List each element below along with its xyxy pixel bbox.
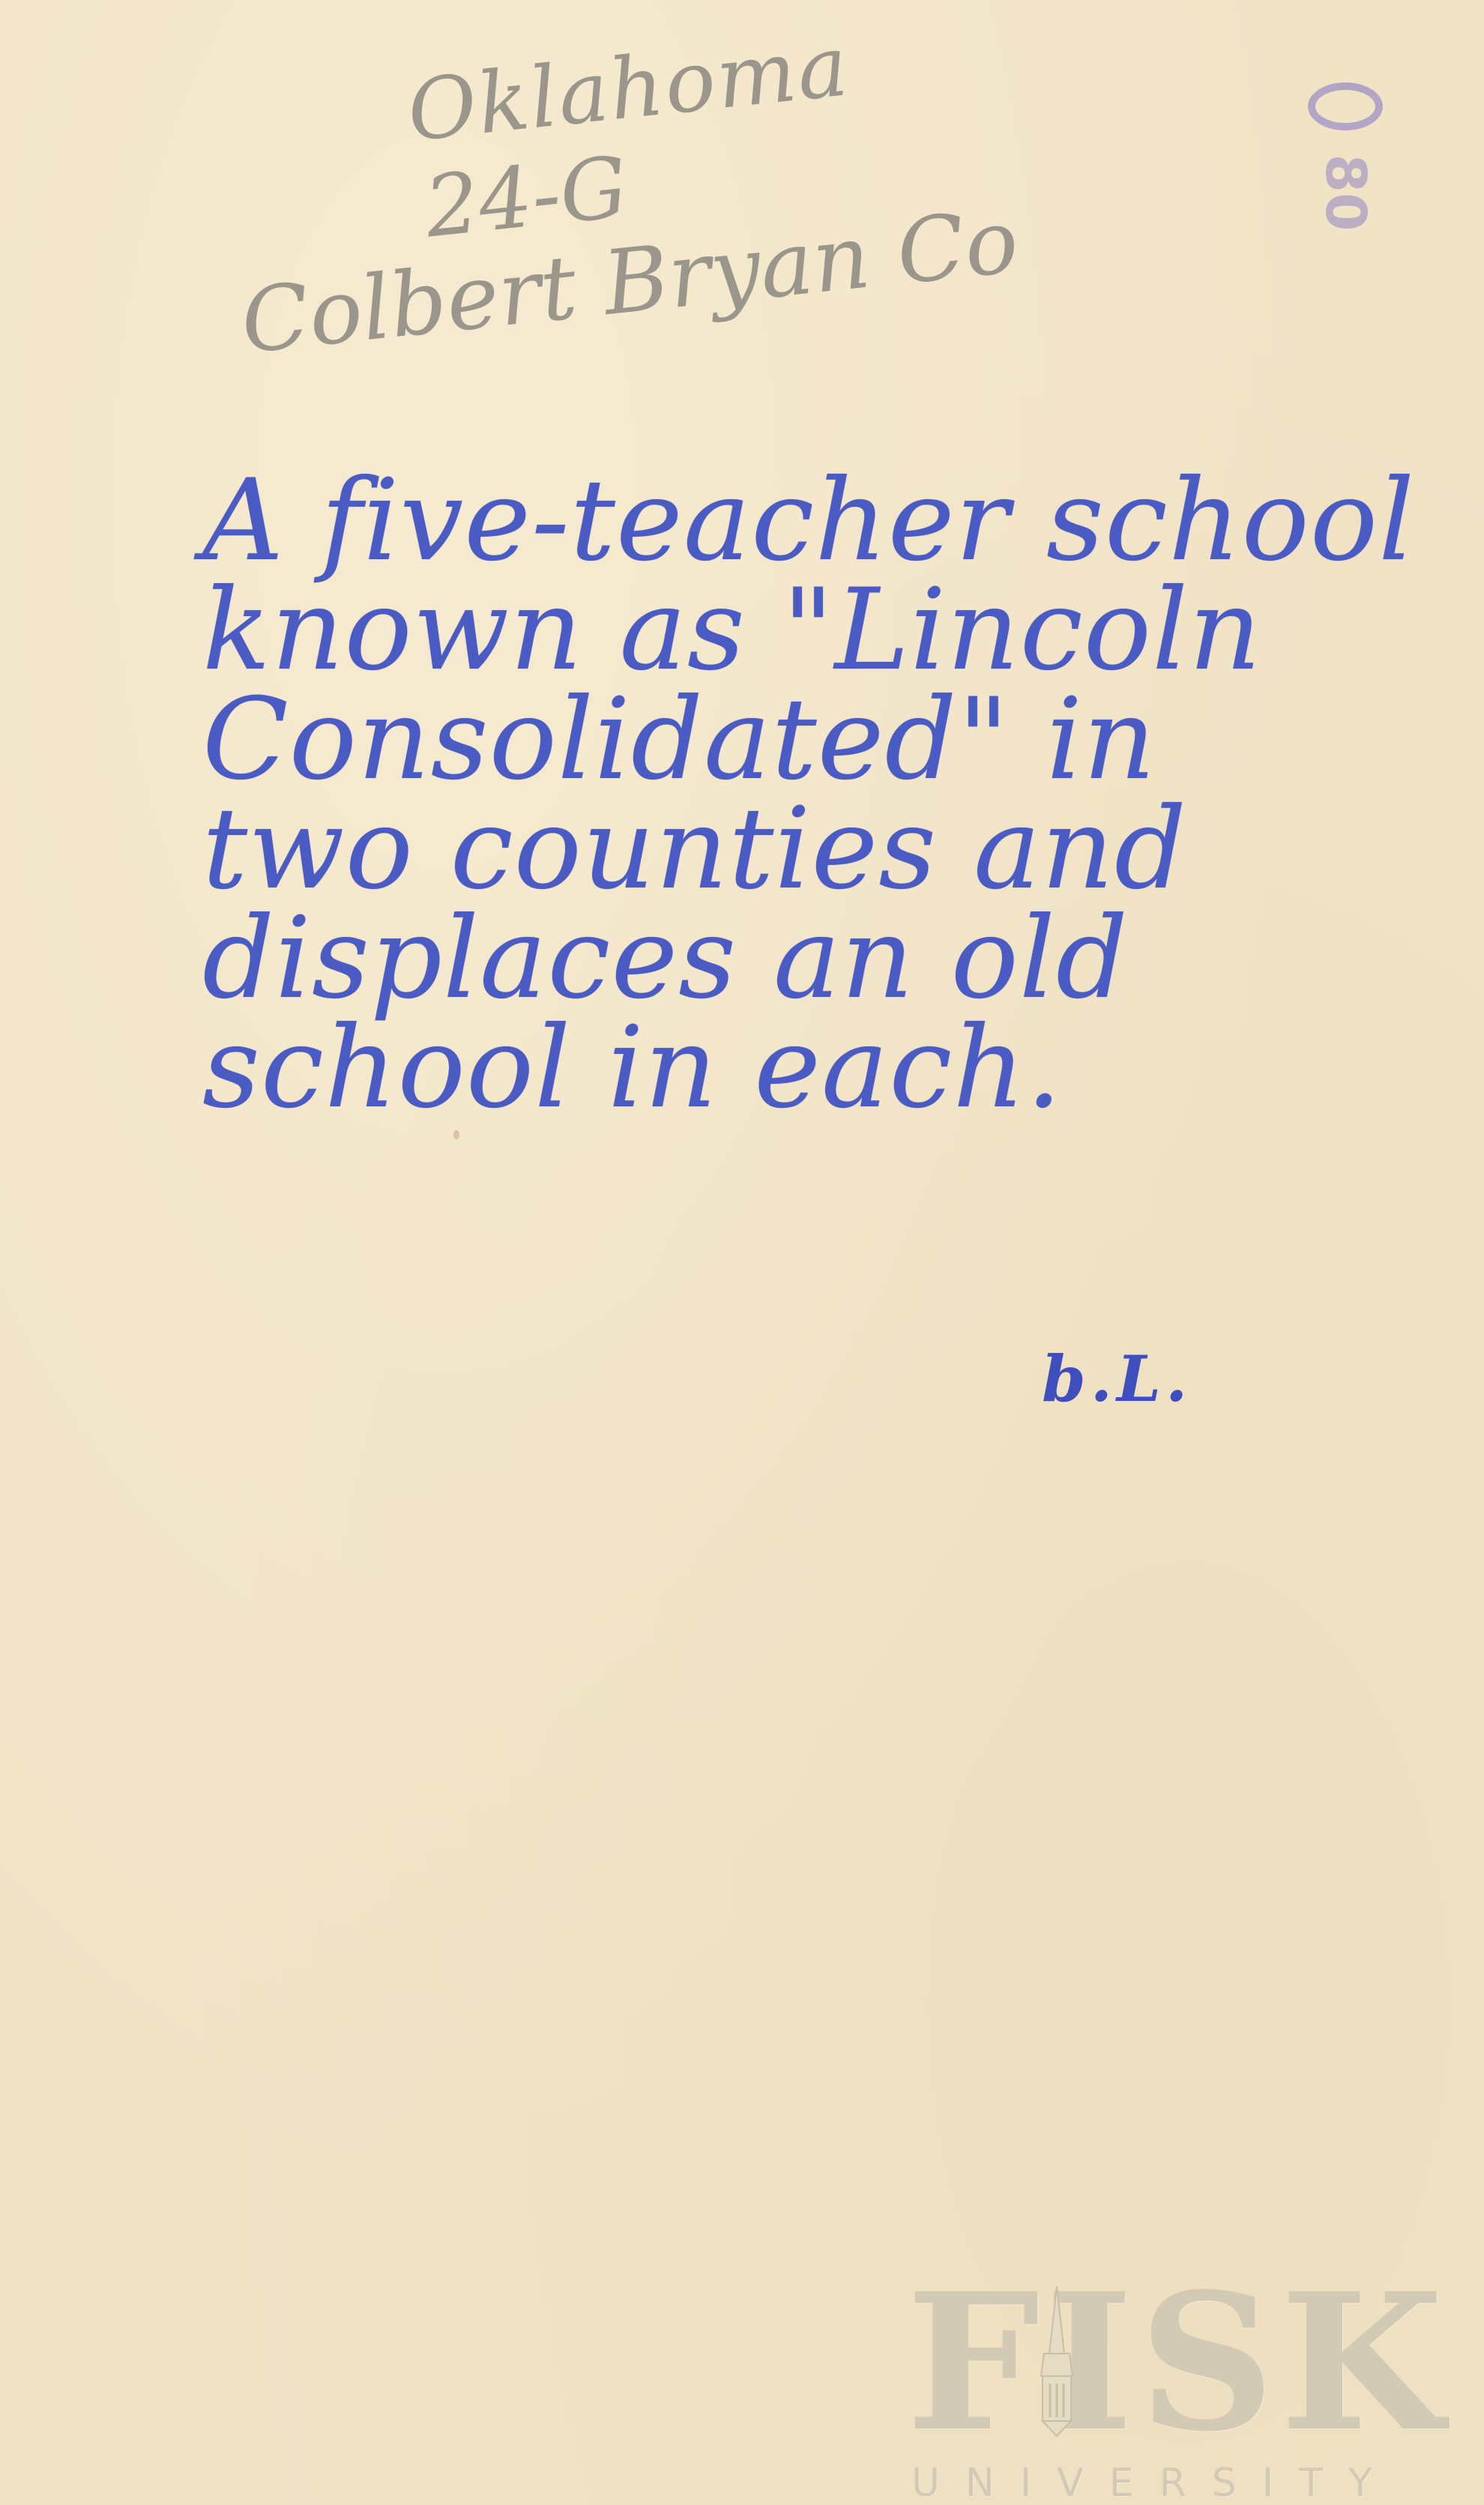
stamp-number: 80 <box>1313 144 1378 241</box>
archival-card: Oklahoma 24-G Colbert Bryan Co 0 80 A fi… <box>0 0 1484 2505</box>
paper-stain <box>453 1130 459 1139</box>
watermark-wordmark-text: FISK <box>907 2252 1450 2473</box>
note-line: Consolidated" in <box>202 684 1432 793</box>
stamp-zero: 0 <box>1308 82 1383 130</box>
note-line: two counties and <box>202 793 1432 902</box>
author-initials: b.L. <box>1042 1342 1192 1416</box>
note-line: displaces an old <box>202 902 1432 1012</box>
handwritten-note: A five-teacher school known as "Lincoln … <box>202 465 1432 1121</box>
note-line: school in each. <box>202 1012 1432 1121</box>
note-line: known as "Lincoln <box>202 574 1432 684</box>
watermark-wordmark: FISK <box>907 2279 1477 2447</box>
pencil-annotation: Oklahoma 24-G Colbert Bryan Co <box>217 8 1022 366</box>
inventory-stamp: 0 80 <box>1297 82 1394 225</box>
fisk-university-watermark: FISK UNIVERSITY <box>907 2279 1477 2505</box>
note-line: A five-teacher school <box>202 465 1432 574</box>
bell-tower-icon <box>1031 2286 1083 2444</box>
